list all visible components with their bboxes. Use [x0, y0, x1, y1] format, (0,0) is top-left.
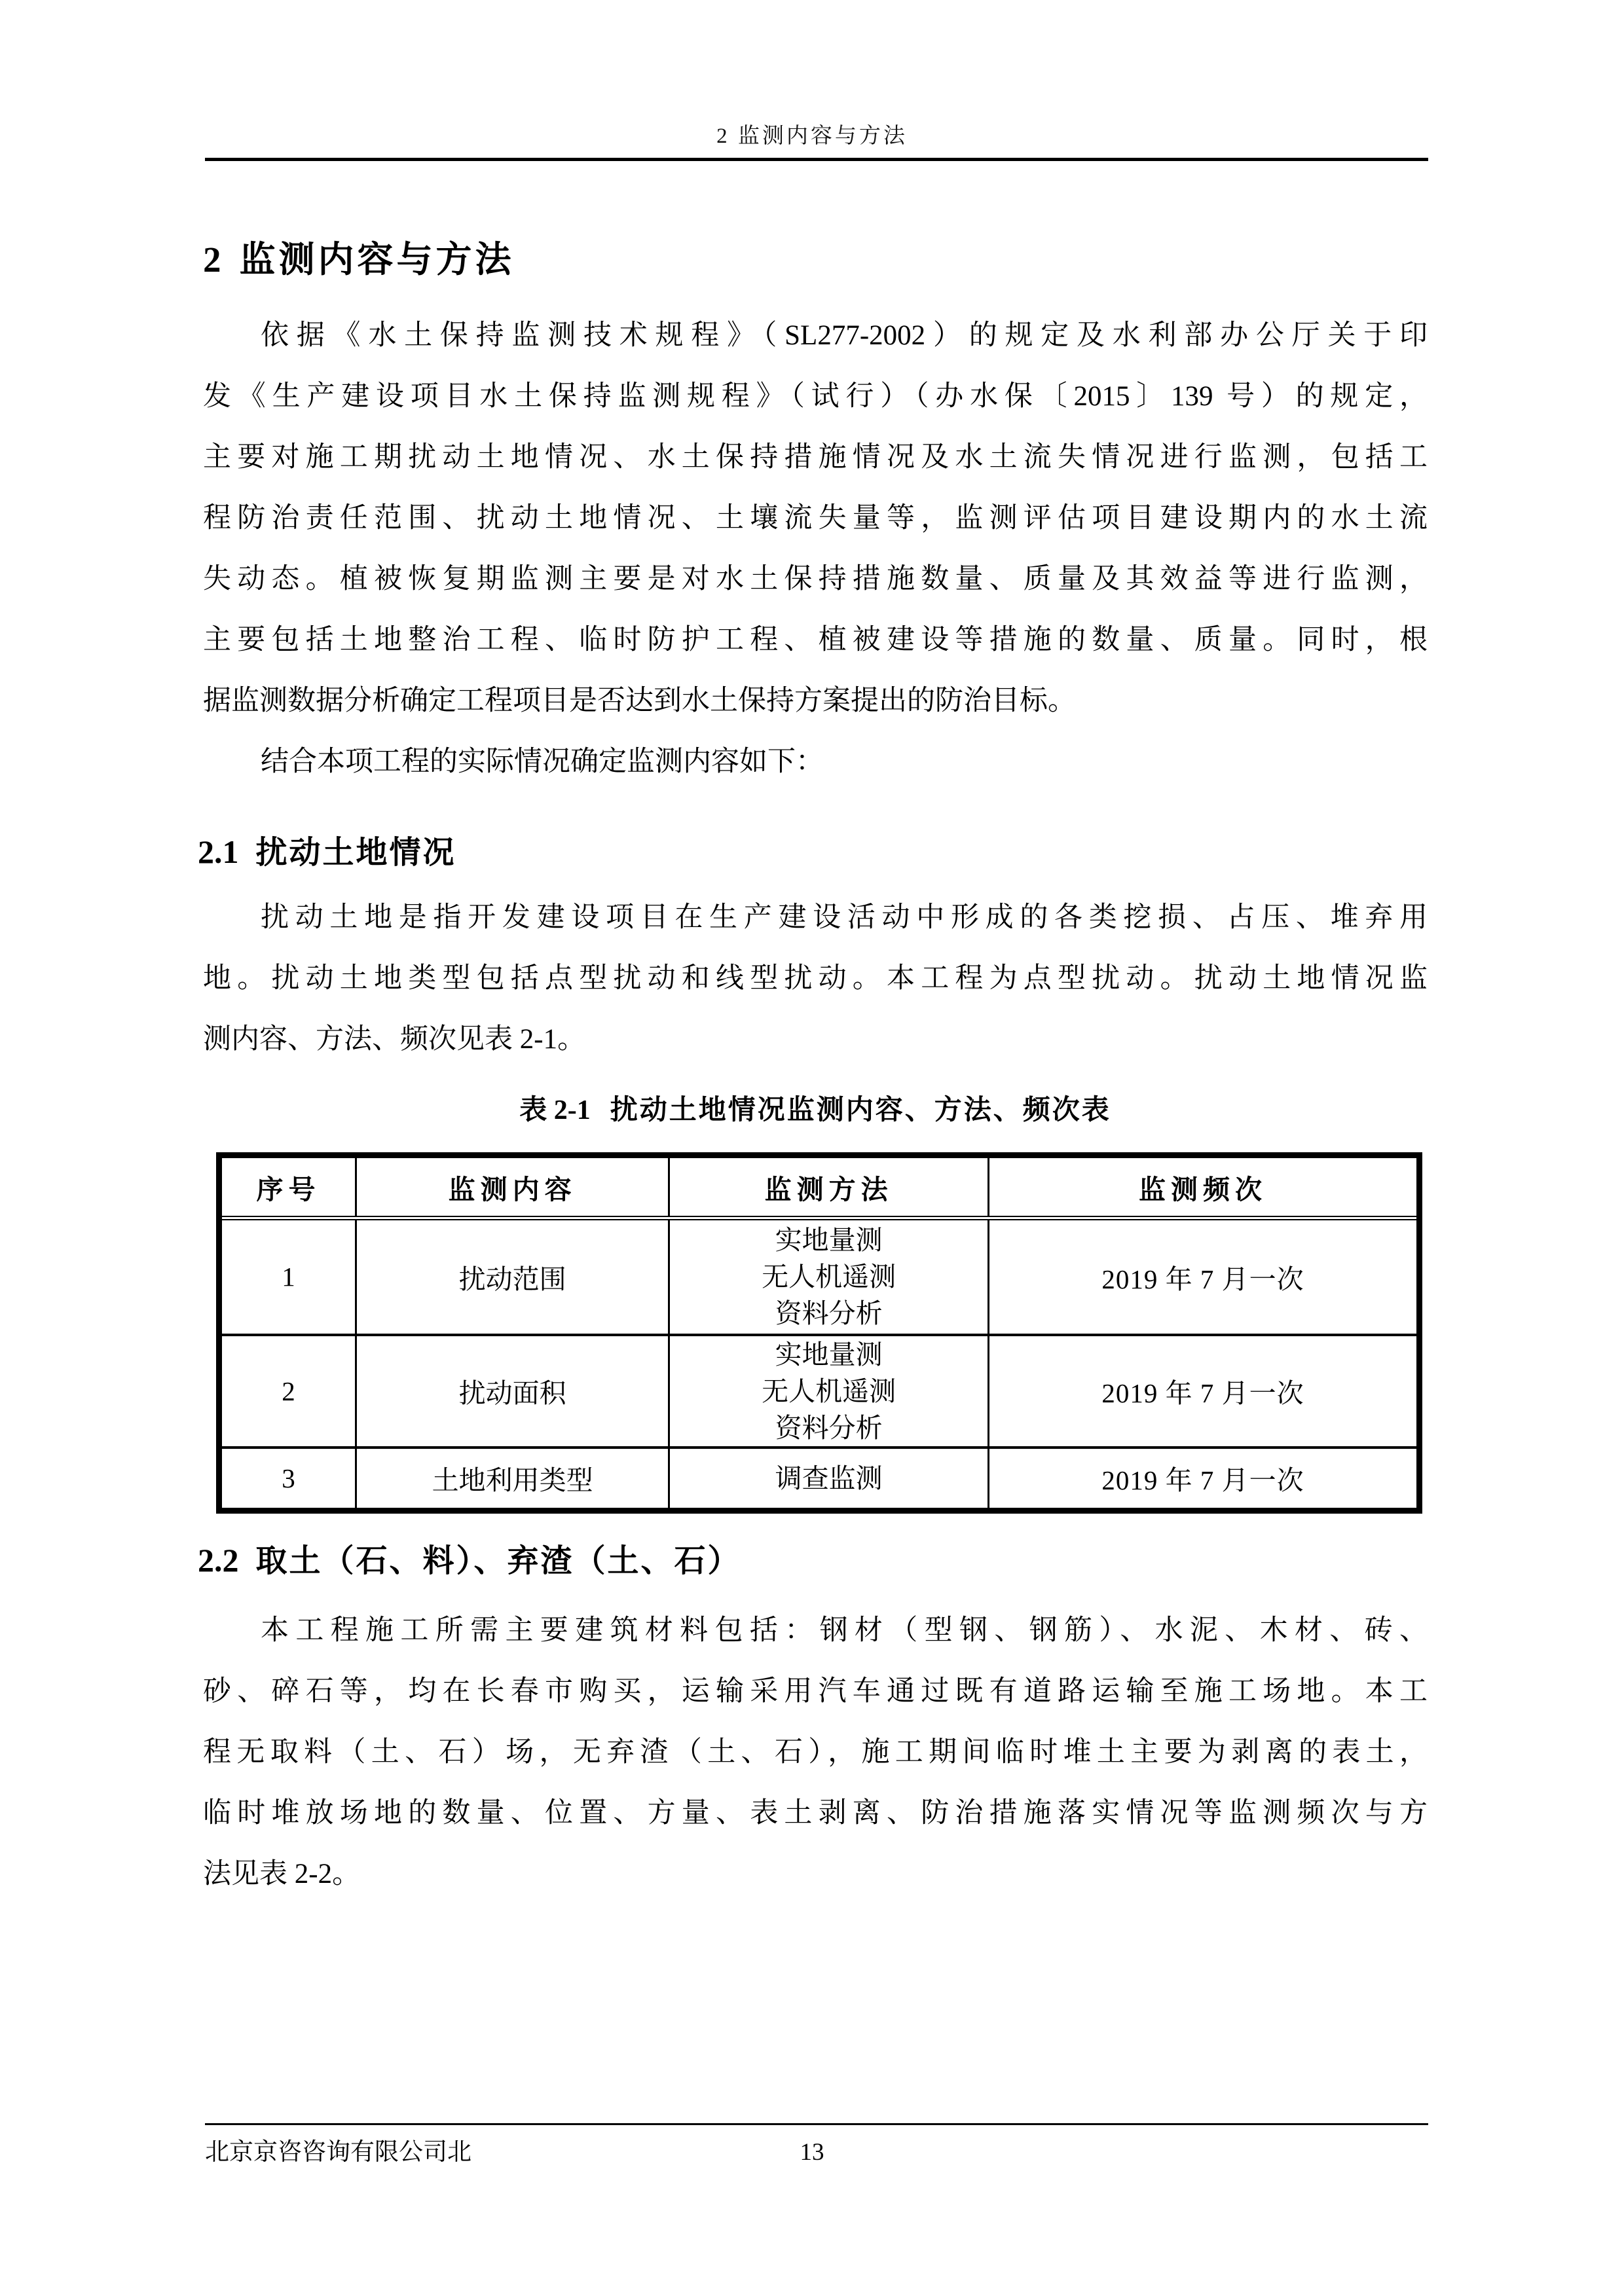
cell-frequency: 2019 年 7 月一次 — [988, 1448, 1419, 1511]
section-2-2-title-text: 取土（石、料）、弃渣（土、石） — [256, 1544, 741, 1578]
chapter-title-text: 监测内容与方法 — [240, 240, 515, 280]
table-2-1-wrapper: 序号 监测内容 监测方法 监测频次 1 扰动范围 实地量测 无人机遥测 资料分析 — [216, 1152, 1422, 1514]
cell-serial: 3 — [219, 1448, 356, 1511]
monitoring-table: 序号 监测内容 监测方法 监测频次 1 扰动范围 实地量测 无人机遥测 资料分析 — [216, 1152, 1422, 1514]
lead-in-paragraph: 结合本项工程的实际情况确定监测内容如下： — [203, 731, 1428, 792]
cell-serial: 1 — [219, 1218, 356, 1335]
table-header-row: 序号 监测内容 监测方法 监测频次 — [219, 1156, 1420, 1218]
section-2-1-heading: 2.1扰动土地情况 — [198, 827, 1422, 872]
running-header: 2 监测内容与方法 — [0, 122, 1624, 151]
method-line: 无人机遥测 — [670, 1373, 987, 1410]
method-line: 实地量测 — [670, 1222, 987, 1258]
intro-paragraph: 依据《水土保持监测技术规程》（SL277-2002）的规定及水利部办公厅关于印 … — [203, 305, 1428, 731]
section-2-2-number: 2.2 — [198, 1542, 239, 1578]
paragraph-line: 程防治责任范围、扰动土地情况、土壤流失量等，监测评估项目建设期内的水土流 — [203, 488, 1428, 549]
cell-method: 实地量测 无人机遥测 资料分析 — [669, 1335, 989, 1448]
section-2-1-title-text: 扰动土地情况 — [256, 835, 456, 870]
paragraph-line: 据监测数据分析确定工程项目是否达到水土保持方案提出的防治目标。 — [203, 670, 1428, 731]
cell-frequency: 2019 年 7 月一次 — [988, 1335, 1419, 1448]
header-cell-content: 监测内容 — [356, 1156, 669, 1218]
table-row: 3 土地利用类型 调查监测 2019 年 7 月一次 — [219, 1448, 1420, 1511]
section-2-2-paragraph: 本工程施工所需主要建筑材料包括：钢材（型钢、钢筋）、水泥、木材、砖、 砂、碎石等… — [203, 1600, 1428, 1904]
cell-content: 扰动面积 — [356, 1335, 669, 1448]
footer-rule — [205, 2123, 1428, 2125]
paragraph-line: 主要对施工期扰动土地情况、水土保持措施情况及水土流失情况进行监测，包括工 — [203, 427, 1428, 488]
document-page: 2 监测内容与方法 2监测内容与方法 依据《水土保持监测技术规程》（SL277-… — [0, 0, 1624, 2296]
header-cell-serial: 序号 — [219, 1156, 356, 1218]
table-row: 2 扰动面积 实地量测 无人机遥测 资料分析 2019 年 7 月一次 — [219, 1335, 1420, 1448]
method-line: 资料分析 — [670, 1295, 987, 1332]
paragraph-line: 砂、碎石等，均在长春市购买，运输采用汽车通过既有道路运输至施工场地。本工 — [203, 1661, 1428, 1722]
cell-method: 调查监测 — [669, 1448, 989, 1511]
header-rule — [205, 158, 1428, 161]
method-line: 无人机遥测 — [670, 1258, 987, 1295]
section-2-1-paragraph: 扰动土地是指开发建设项目在生产建设活动中形成的各类挖损、占压、堆弃用 地。扰动土… — [203, 887, 1428, 1070]
section-2-2-heading: 2.2取土（石、料）、弃渣（土、石） — [198, 1535, 1422, 1580]
paragraph-line: 结合本项工程的实际情况确定监测内容如下： — [203, 731, 1428, 792]
paragraph-line: 法见表 2-2。 — [203, 1844, 1428, 1904]
table-2-1-caption-number: 表 2-1 — [519, 1095, 591, 1125]
paragraph-line: 临时堆放场地的数量、位置、方量、表土剥离、防治措施落实情况等监测频次与方 — [203, 1783, 1428, 1844]
paragraph-line: 发《生产建设项目水土保持监测规程》（试行）（办水保〔2015〕139 号）的规定… — [203, 366, 1428, 427]
paragraph-line: 测内容、方法、频次见表 2-1。 — [203, 1009, 1428, 1070]
paragraph-line: 失动态。植被恢复期监测主要是对水土保持措施数量、质量及其效益等进行监测， — [203, 549, 1428, 610]
paragraph-line: 主要包括土地整治工程、临时防护工程、植被建设等措施的数量、质量。同时，根 — [203, 610, 1428, 670]
header-cell-method: 监测方法 — [669, 1156, 989, 1218]
table-2-1-caption-text: 扰动土地情况监测内容、方法、频次表 — [610, 1095, 1111, 1125]
paragraph-line: 程无取料（土、石）场，无弃渣（土、石），施工期间临时堆土主要为剥离的表土， — [203, 1722, 1428, 1783]
table-row: 1 扰动范围 实地量测 无人机遥测 资料分析 2019 年 7 月一次 — [219, 1218, 1420, 1335]
cell-content: 扰动范围 — [356, 1218, 669, 1335]
chapter-number: 2 — [203, 240, 221, 280]
cell-content: 土地利用类型 — [356, 1448, 669, 1511]
page-number: 13 — [0, 2136, 1624, 2170]
header-cell-frequency: 监测频次 — [988, 1156, 1419, 1218]
paragraph-line: 地。扰动土地类型包括点型扰动和线型扰动。本工程为点型扰动。扰动土地情况监 — [203, 948, 1428, 1009]
method-line: 调查监测 — [670, 1460, 987, 1497]
table-2-1-caption: 表 2-1扰动土地情况监测内容、方法、频次表 — [203, 1088, 1428, 1127]
section-2-1-number: 2.1 — [198, 833, 239, 870]
paragraph-line: 扰动土地是指开发建设项目在生产建设活动中形成的各类挖损、占压、堆弃用 — [203, 887, 1428, 948]
paragraph-line: 依据《水土保持监测技术规程》（SL277-2002）的规定及水利部办公厅关于印 — [203, 305, 1428, 366]
cell-serial: 2 — [219, 1335, 356, 1448]
method-line: 实地量测 — [670, 1336, 987, 1373]
paragraph-line: 本工程施工所需主要建筑材料包括：钢材（型钢、钢筋）、水泥、木材、砖、 — [203, 1600, 1428, 1661]
method-line: 资料分析 — [670, 1410, 987, 1446]
cell-frequency: 2019 年 7 月一次 — [988, 1218, 1419, 1335]
chapter-title: 2监测内容与方法 — [203, 230, 1428, 282]
cell-method: 实地量测 无人机遥测 资料分析 — [669, 1218, 989, 1335]
